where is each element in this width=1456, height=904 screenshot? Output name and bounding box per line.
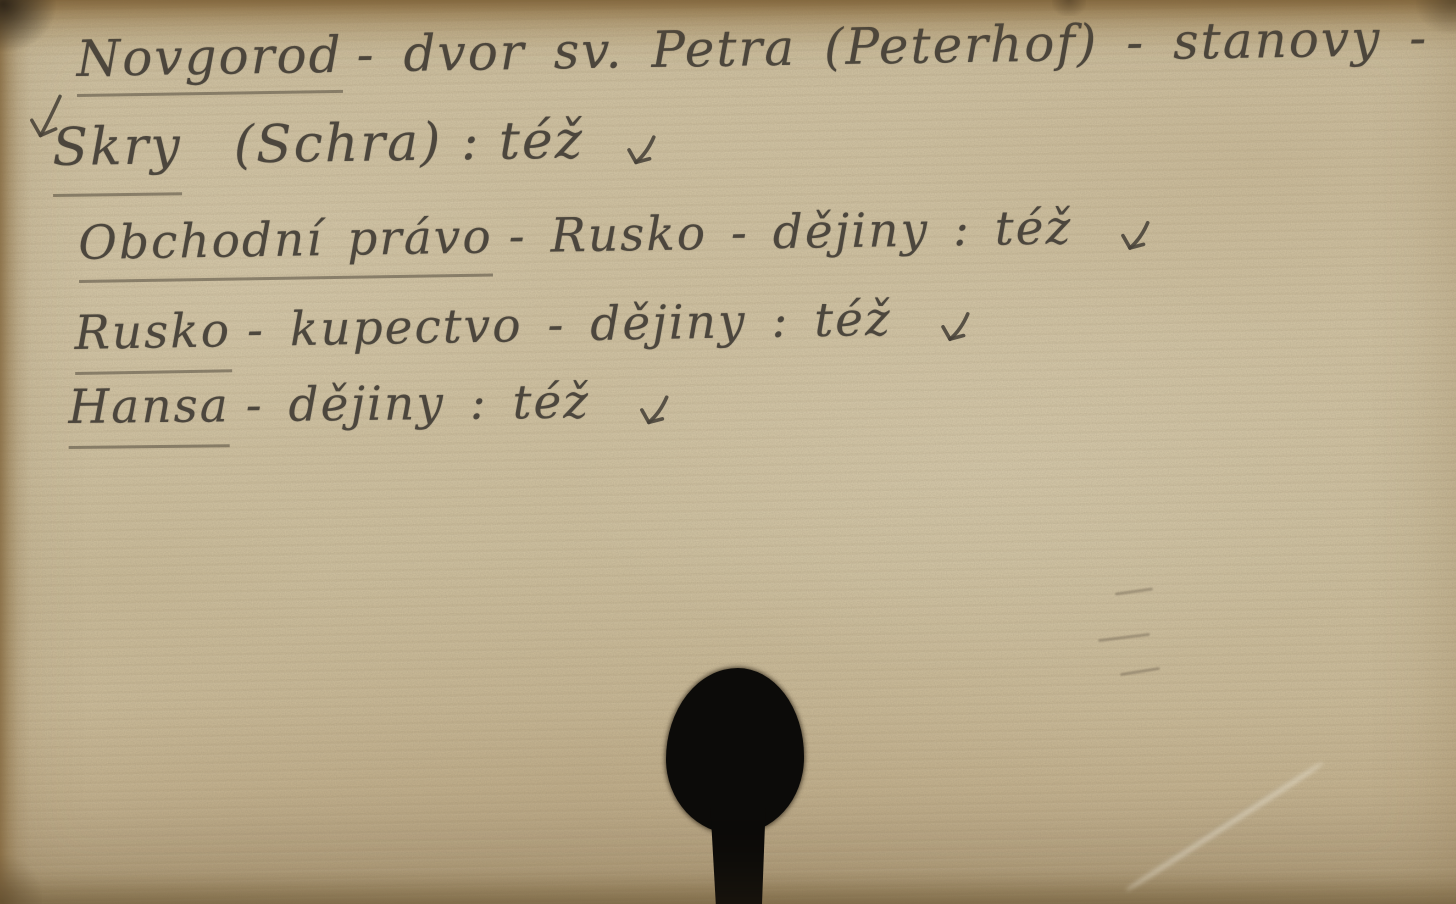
- subject-term: Obchodní právo: [78, 209, 493, 282]
- line-text: - kupectvo - dějiny : též: [247, 292, 893, 358]
- subject-term: Novgorod: [76, 26, 343, 97]
- subject-term: Skry: [52, 116, 182, 197]
- dark-corner-bottom-left: [0, 856, 42, 904]
- index-card: Novgorod- dvor sv. Petra (Peterhof) - st…: [0, 0, 1456, 904]
- line-text: - dvor sv. Petra (Peterhof) - stanovy - …: [356, 6, 1456, 84]
- checkmark-icon: [1118, 218, 1153, 253]
- handwritten-line-rusko: Rusko- kupectvo - dějiny : též: [74, 290, 973, 375]
- pencil-smudge: [1098, 633, 1150, 642]
- paper-crease: [1124, 759, 1326, 895]
- punch-hole-slot: [708, 808, 768, 904]
- handwritten-line-obchodni-pravo: Obchodní právo- Rusko - dějiny : též: [78, 199, 1153, 283]
- dark-corner-top-left: [0, 0, 56, 52]
- checkmark-icon: [637, 393, 671, 427]
- handwritten-line-novgorod: Novgorod- dvor sv. Petra (Peterhof) - st…: [76, 6, 1456, 97]
- checkmark-icon: [939, 309, 974, 344]
- handwritten-line-skry: Skry(Schra) : též: [52, 110, 659, 197]
- line-text: - dějiny : též: [245, 375, 590, 434]
- subject-term: Rusko: [74, 303, 232, 375]
- handwritten-line-hansa: Hansa- dějiny : též: [68, 374, 671, 449]
- pencil-smudge: [1115, 587, 1153, 595]
- line-text: (Schra) : též: [233, 111, 584, 176]
- line-text: - Rusko - dějiny : též: [508, 200, 1072, 264]
- subject-term: Hansa: [68, 378, 230, 449]
- pencil-smudge: [1120, 667, 1160, 676]
- checkmark-icon: [624, 133, 658, 167]
- punch-hole: [666, 668, 804, 904]
